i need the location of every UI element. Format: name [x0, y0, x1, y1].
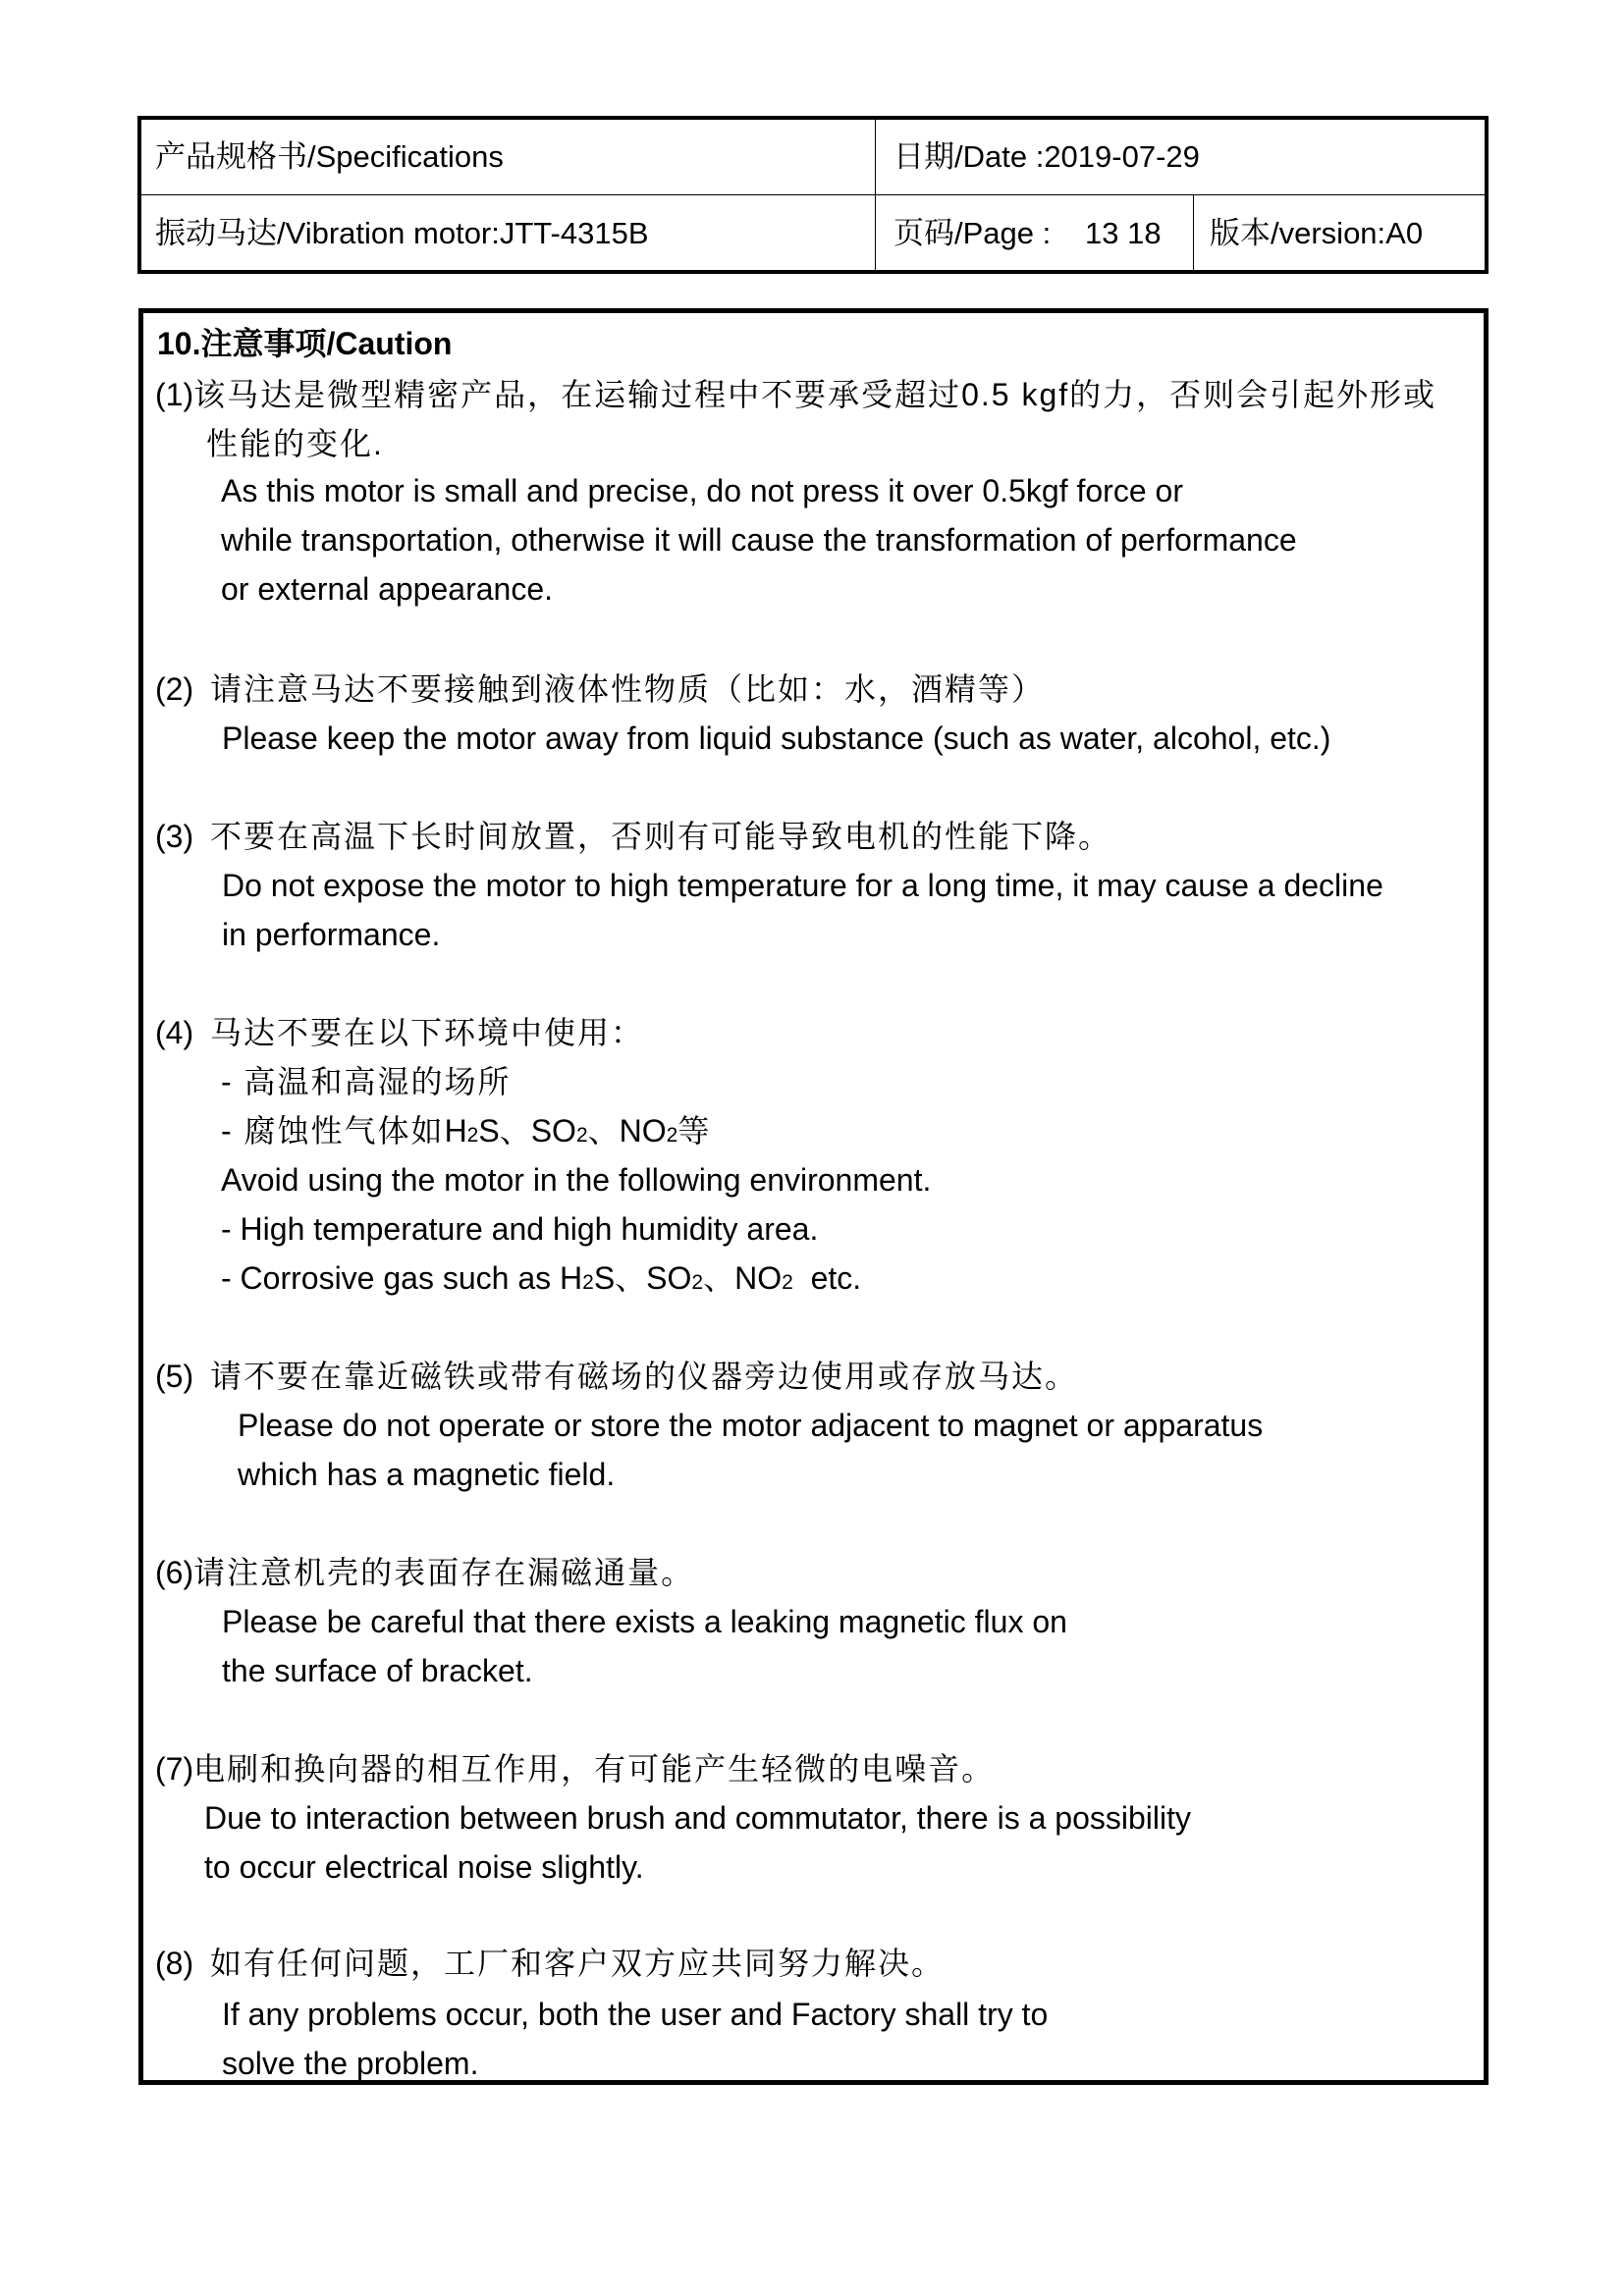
- caution-item-5: (5) 请不要在靠近磁铁或带有磁场的仪器旁边使用或存放马达。: [155, 1352, 1078, 1401]
- item-text-en: in performance.: [222, 910, 440, 959]
- document-date: 日期/Date :2019-07-29: [893, 137, 1200, 177]
- version: 版本/version:A0: [1210, 214, 1423, 253]
- item-text-en: Avoid using the motor in the following e…: [221, 1155, 931, 1204]
- item-text-en: which has a magnetic field.: [238, 1450, 615, 1499]
- caution-item-7: (7)电刷和换向器的相互作用，有可能产生轻微的电噪音。: [155, 1744, 995, 1793]
- item-text-en: As this motor is small and precise, do n…: [221, 466, 1183, 515]
- item-text-zh: 该马达是微型精密产品，在运输过程中不要承受超过0.5 kgf的力，否则会引起外形…: [193, 377, 1436, 412]
- item-label: (5): [155, 1359, 193, 1394]
- item-text-en: Please keep the motor away from liquid s…: [222, 714, 1330, 763]
- product-name: 振动马达/Vibration motor:JTT-4315B: [155, 214, 649, 253]
- caution-item-8: (8) 如有任何问题，工厂和客户双方应共同努力解决。: [155, 1939, 945, 1988]
- item-text-en: Due to interaction between brush and com…: [204, 1793, 1191, 1842]
- item-text-zh: 马达不要在以下环境中使用：: [210, 1015, 644, 1050]
- item-text-en: Do not expose the motor to high temperat…: [222, 861, 1383, 910]
- text-segment: S、SO: [478, 1113, 576, 1148]
- section-heading: 10.注意事项/Caution: [157, 319, 452, 368]
- item-text-en: If any problems occur, both the user and…: [222, 1990, 1048, 2039]
- item-text-en: Please do not operate or store the motor…: [238, 1401, 1263, 1450]
- item-text-en: - Corrosive gas such as H2S、SO2、NO2 etc.: [221, 1254, 861, 1303]
- item-text-en: Please be careful that there exists a le…: [222, 1597, 1067, 1646]
- text-segment: 等: [677, 1113, 711, 1148]
- page-label: 页码/Page :: [893, 214, 1051, 253]
- item-text-zh: 不要在高温下长时间放置，否则有可能导致电机的性能下降。: [210, 819, 1111, 854]
- item-label: (3): [155, 819, 193, 854]
- item-label: (8): [155, 1946, 193, 1981]
- item-text-zh: 电刷和换向器的相互作用，有可能产生轻微的电噪音。: [193, 1751, 995, 1787]
- text-segment: 、NO: [703, 1260, 782, 1296]
- item-text-en: - High temperature and high humidity are…: [221, 1204, 818, 1254]
- subscript: 2: [782, 1271, 793, 1294]
- item-label: (4): [155, 1015, 193, 1050]
- subscript: 2: [576, 1124, 588, 1147]
- item-label: (7): [155, 1751, 193, 1787]
- subscript: 2: [691, 1271, 703, 1294]
- item-text-zh: - 腐蚀性气体如H2S、SO2、NO2等: [221, 1106, 711, 1155]
- text-segment: 、NO: [588, 1113, 667, 1148]
- item-text-en: to occur electrical noise slightly.: [204, 1842, 644, 1892]
- caution-item-6: (6)请注意机壳的表面存在漏磁通量。: [155, 1548, 694, 1597]
- caution-item-4: (4) 马达不要在以下环境中使用：: [155, 1008, 644, 1057]
- caution-item-1: (1)该马达是微型精密产品，在运输过程中不要承受超过0.5 kgf的力，否则会引…: [155, 370, 1436, 419]
- text-segment: - 腐蚀性气体如: [221, 1113, 445, 1148]
- item-label: (2): [155, 671, 193, 707]
- item-text-en: while transportation, otherwise it will …: [221, 515, 1297, 564]
- item-text-zh: 如有任何问题，工厂和客户双方应共同努力解决。: [210, 1946, 945, 1981]
- subscript: 2: [667, 1124, 678, 1147]
- item-text-zh: 请不要在靠近磁铁或带有磁场的仪器旁边使用或存放马达。: [210, 1359, 1078, 1394]
- subscript: 2: [467, 1124, 479, 1147]
- item-label: (6): [155, 1555, 193, 1590]
- item-text-zh: 请注意机壳的表面存在漏磁通量。: [193, 1555, 694, 1590]
- text-segment: etc.: [793, 1260, 861, 1296]
- item-text-en: solve the problem.: [222, 2039, 478, 2088]
- item-text-zh: 请注意马达不要接触到液体性物质（比如：水，酒精等）: [210, 671, 1045, 707]
- item-text-en: the surface of bracket.: [222, 1646, 533, 1695]
- item-text-en: or external appearance.: [221, 564, 553, 614]
- item-text-zh: 性能的变化.: [206, 419, 384, 468]
- text-segment: - Corrosive gas such as H: [221, 1260, 582, 1296]
- subscript: 2: [582, 1271, 594, 1294]
- item-label: (1): [155, 377, 193, 412]
- caution-item-2: (2) 请注意马达不要接触到液体性物质（比如：水，酒精等）: [155, 665, 1045, 714]
- caution-item-3: (3) 不要在高温下长时间放置，否则有可能导致电机的性能下降。: [155, 812, 1111, 861]
- header-table: 产品规格书/Specifications 振动马达/Vibration moto…: [137, 116, 1489, 274]
- header-row-divider: [141, 194, 1485, 195]
- header-column-divider: [875, 120, 876, 270]
- text-segment: S、SO: [594, 1260, 692, 1296]
- page-number: 13 18: [1085, 214, 1162, 253]
- header-column-divider-2: [1193, 195, 1194, 270]
- item-text-zh: - 高温和高湿的场所: [221, 1057, 512, 1106]
- text-segment: H: [445, 1113, 467, 1148]
- document-title: 产品规格书/Specifications: [155, 137, 504, 177]
